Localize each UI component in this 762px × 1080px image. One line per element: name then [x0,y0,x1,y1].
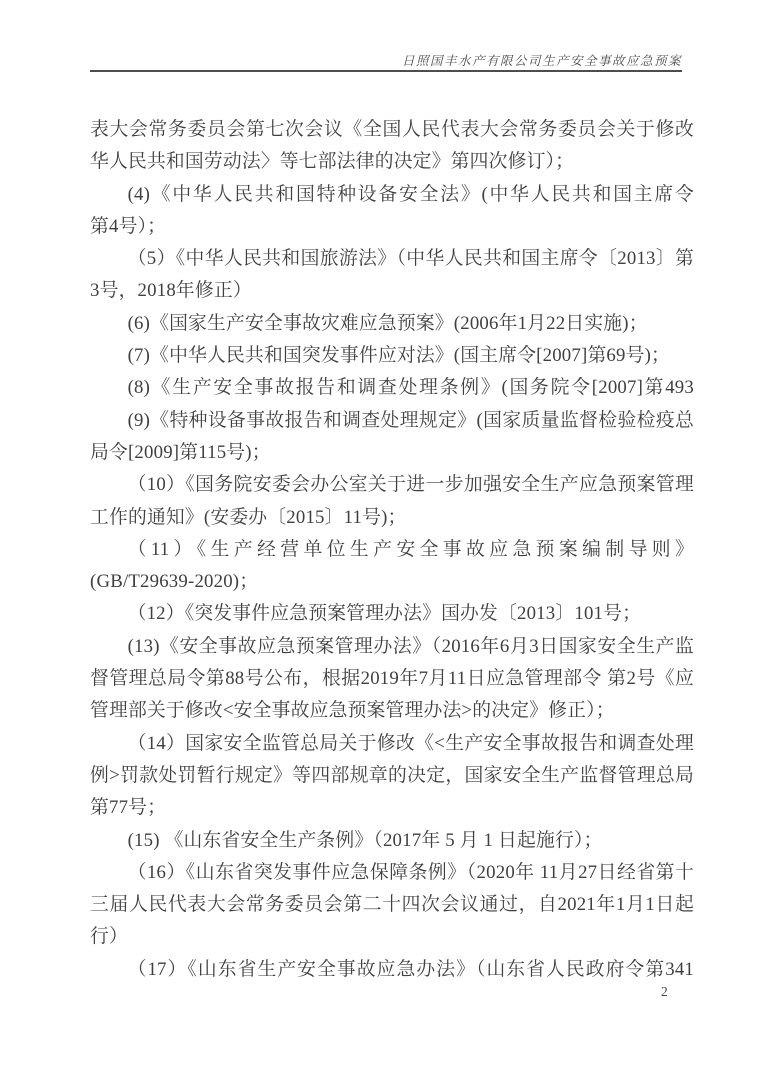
document-body: 表大会常务委员会第七次会议《全国人民代表大会常务委员会关于修改〈中华人民共和国劳… [90,114,694,986]
document-line: （16）《山东省突发事件应急保障条例》（2020年 11月27日经省第十 [90,857,694,889]
header-rule-divider [90,70,682,72]
document-line: (GB/T29639-2020)； [90,566,694,598]
document-line: 督管理总局令第88号公布，根据2019年7月11日应急管理部令 第2号《应急 [90,663,694,695]
document-line: (7)《中华人民共和国突发事件应对法》(国主席令[2007]第69号)； [90,340,694,372]
document-line: 行） [90,921,694,953]
document-line: 局令[2009]第115号)； [90,437,694,469]
document-line: （12）《突发事件应急预案管理办法》国办发〔2013〕101号； [90,598,694,630]
document-line: (9)《特种设备事故报告和调查处理规定》(国家质量监督检验检疫总 [90,405,694,437]
document-line: 表大会常务委员会第七次会议《全国人民代表大会常务委员会关于修改〈中 [90,114,694,146]
document-line: （10）《国务院安委会办公室关于进一步加强安全生产应急预案管理 [90,469,694,501]
document-line: 华人民共和国劳动法〉等七部法律的决定》第四次修订）； [90,146,694,178]
document-line: 管理部关于修改<安全事故应急预案管理办法>的决定》修正）； [90,695,694,727]
document-line: (6)《国家生产安全事故灾难应急预案》(2006年1月22日实施)； [90,308,694,340]
document-line: (15) 《山东省安全生产条例》（2017年 5 月 1 日起施行）； [90,825,694,857]
document-line: 三届人民代表大会常务委员会第二十四次会议通过，自2021年1月1日起施 [90,889,694,921]
page-number: 2 [661,984,668,1000]
document-page: 日照国丰水产有限公司生产安全事故应急预案 表大会常务委员会第七次会议《全国人民代… [0,0,762,1080]
page-header-title: 日照国丰水产有限公司生产安全事故应急预案 [90,51,682,69]
document-line: (4)《中华人民共和国特种设备安全法》(中华人民共和国主席令〔2013〕 [90,179,694,211]
document-line: （17）《山东省生产安全事故应急办法》（山东省人民政府令第341 [90,954,694,986]
document-line: (8)《生产安全事故报告和调查处理条例》(国务院令[2007]第493号)； [90,372,694,404]
document-line: 3号，2018年修正） [90,275,694,307]
document-line: （11）《生产经营单位生产安全事故应急预案编制导则》 [90,534,694,566]
document-line: 第4号）； [90,211,694,243]
document-line: 工作的通知》(安委办〔2015〕11号)； [90,502,694,534]
document-line: 第77号； [90,792,694,824]
document-line: （14）国家安全监管总局关于修改《<生产安全事故报告和调查处理条 [90,728,694,760]
document-line: (13)《安全事故应急预案管理办法》（2016年6月3日国家安全生产监 [90,631,694,663]
document-line: 例>罚款处罚暂行规定》等四部规章的决定，国家安全生产监督管理总局令 [90,760,694,792]
document-line: （5）《中华人民共和国旅游法》（中华人民共和国主席令〔2013〕第 [90,243,694,275]
